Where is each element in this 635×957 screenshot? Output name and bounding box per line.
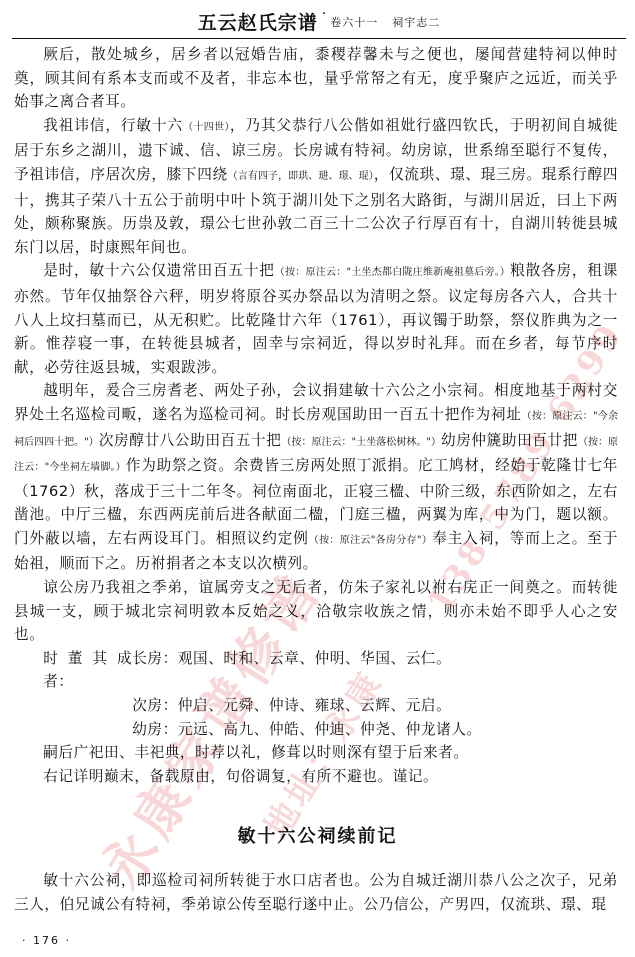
branch-label: 长房： — [132, 647, 178, 694]
donor-names: 仲启、元舜、仲诗、雍球、云辉、元启。 — [178, 694, 452, 718]
inline-note: （言有四子，即珙、琎、璟、琨） — [228, 171, 374, 182]
branch-label: 幼房： — [132, 718, 178, 742]
running-header: 五云赵氏宗谱·卷六十一祠宇志二 — [12, 0, 626, 39]
inline-note: （按：原注云："土坐落松树林。"） — [281, 437, 441, 448]
paragraph: 厥后，散处城乡，居乡者以冠婚告庙，黍稷荐馨未与之便也，屡闻营建特祠以伸时奠，顾其… — [14, 43, 618, 114]
paragraph: 越明年，爰合三房耆老、两处子孙，会议捐建敏十六公之小宗祠。相度地基于两村交界处土… — [14, 379, 618, 576]
closing-line: 右记详明巅末，备载原由，句俗调复，有所不避也。谨记。 — [14, 765, 618, 789]
donor-names: 元远、高九、仲皓、仲迪、仲尧、仲龙诸人。 — [178, 718, 482, 742]
header-separator: · — [322, 6, 326, 22]
donor-row: 幼房： 元远、高九、仲皓、仲迪、仲尧、仲龙诸人。 — [14, 718, 618, 742]
closing-line: 嗣后广祀田、丰祀典，时荐以礼，修葺以时则深有望于后来者。 — [14, 741, 618, 765]
paragraph: 谅公房乃我祖之季弟，谊属旁支之无后者，仿朱子家礼以祔右庑正一间奠之。而转徙县城一… — [14, 576, 618, 647]
volume-label: 卷六十一 — [330, 16, 378, 29]
book-title: 五云赵氏宗谱 — [198, 12, 318, 34]
chapter-label: 祠宇志二 — [392, 16, 440, 29]
donor-names: 观国、时和、云章、仲明、华国、云仁。 — [178, 647, 452, 694]
paragraph: 我祖讳信，行敏十六（十四世），乃其父恭行八公偕如祖妣行盛四钦氏，于明初间自城徙居… — [14, 114, 618, 260]
text-run: 次房醇廿八公助田百五十把 — [99, 432, 282, 449]
inline-note: （十四世） — [183, 122, 230, 133]
donor-lead: 时董其成者： — [14, 647, 132, 694]
donor-row: 时董其成者： 长房： 观国、时和、云章、仲明、华国、云仁。 — [14, 647, 618, 694]
inline-note: （按：原注云："土坐杰都白陇庄维新庵祖墓后旁。） — [275, 267, 510, 278]
text-run: 是时，敏十六公仅遗常田百五十把 — [43, 262, 275, 279]
inline-note: （按：原注云"各房分存"） — [309, 535, 432, 546]
section-body: 敏十六公祠，即巡检司祠所转徙于水口店者也。公为自城迁湖川恭八公之次子，兄弟三人，… — [14, 869, 618, 916]
text-run: 幼房仲篪助田百廿把 — [441, 432, 578, 449]
indent — [14, 718, 132, 742]
text-run: 粮散各房，租课亦然。节年仅抽祭谷六秤，明岁将原谷买办祭品以为清明之祭。议定每房各… — [14, 262, 618, 375]
paragraph: 是时，敏十六公仅遗常田百五十把（按：原注云："土坐杰都白陇庄维新庵祖墓后旁。）粮… — [14, 259, 618, 379]
donor-row: 次房： 仲启、元舜、仲诗、雍球、云辉、元启。 — [14, 694, 618, 718]
branch-label: 次房： — [132, 694, 178, 718]
donor-list: 时董其成者： 长房： 观国、时和、云章、仲明、华国、云仁。 次房： 仲启、元舜、… — [14, 647, 618, 741]
indent — [14, 694, 132, 718]
paragraph: 敏十六公祠，即巡检司祠所转徙于水口店者也。公为自城迁湖川恭八公之次子，兄弟三人，… — [14, 869, 618, 916]
main-text: 厥后，散处城乡，居乡者以冠婚告庙，黍稷荐馨未与之便也，屡闻营建特祠以伸时奠，顾其… — [14, 43, 618, 788]
section-title: 敏十六公祠续前记 — [0, 822, 635, 848]
text-run: 我祖讳信，行敏十六 — [43, 117, 183, 134]
page-number: · 176 · — [22, 934, 71, 947]
